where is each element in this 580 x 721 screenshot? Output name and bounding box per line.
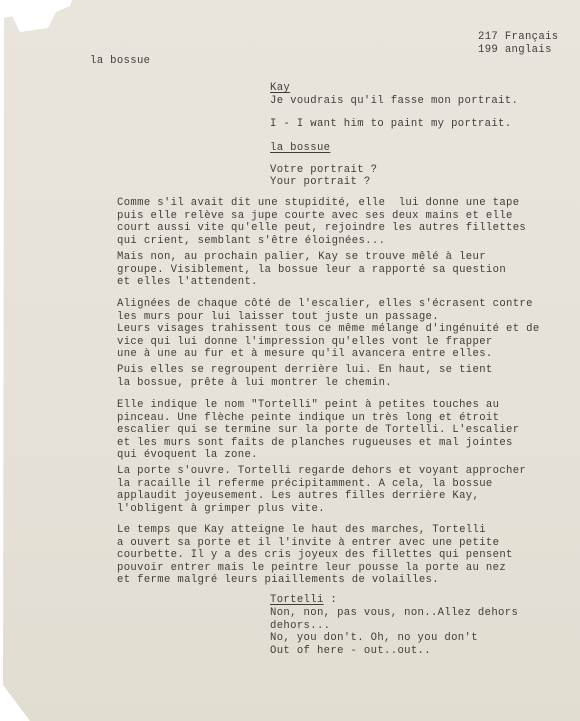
speaker-bossue: la bossue [270,142,330,155]
paragraph-7: Le temps que Kay atteigne le haut des ma… [117,524,513,587]
speaker-colon: : [324,594,337,606]
bossue-line-fr: Votre portrait ? [270,164,377,177]
bossue-line-en: Your portrait ? [270,176,371,189]
kay-line-fr: Je voudrais qu'il fasse mon portrait. [270,95,518,108]
paragraph-3: Alignées de chaque côté de l'escalier, e… [117,298,540,361]
word-count-french: 217 Français [478,31,559,44]
paragraph-4: Puis elles se regroupent derrière lui. E… [117,364,493,389]
paragraph-1: Comme s'il avait dit une stupidité, elle… [117,197,526,247]
kay-line-en: I - I want him to paint my portrait. [270,118,511,131]
tortelli-lines: Non, non, pas vous, non..Allez dehors de… [270,607,518,657]
scene-label: la bossue [90,55,150,68]
paragraph-2: Mais non, au prochain palier, Kay se tro… [117,251,506,289]
speaker-kay: Kay [270,82,290,95]
speaker-tortelli-line: Tortelli : [270,594,337,607]
paragraph-5: Elle indique le nom "Tortelli" peint à p… [117,399,519,462]
paragraph-6: La porte s'ouvre. Tortelli regarde dehor… [117,465,526,515]
word-count-english: 199 anglais [478,44,552,57]
speaker-tortelli: Tortelli [270,594,324,606]
scene-label-text: la bossue [90,55,150,67]
typewritten-page: 217 Français 199 anglais la bossue Kay J… [0,0,580,721]
